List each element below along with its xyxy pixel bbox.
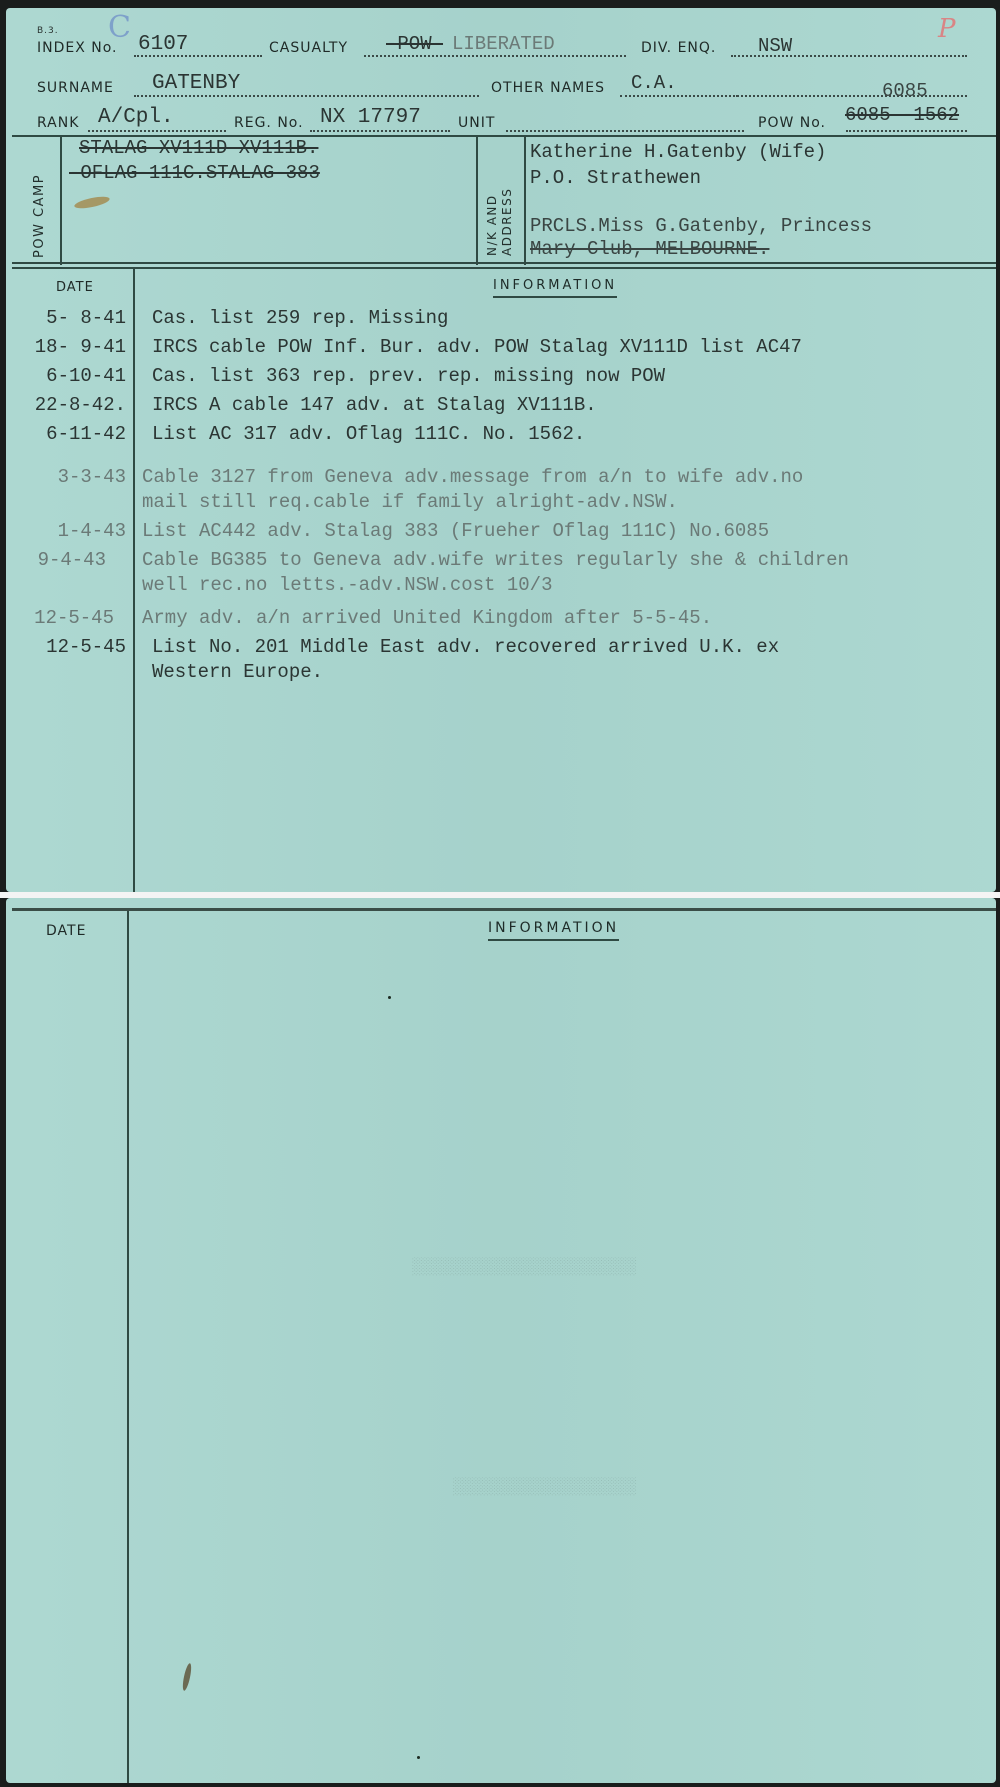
rank-value: A/Cpl. bbox=[98, 106, 174, 129]
entry-date: 12-5-45 bbox=[0, 606, 114, 631]
entry-text: List AC 317 adv. Oflag 111C. No. 1562. bbox=[152, 422, 585, 447]
entry-text: List No. 201 Middle East adv. recovered … bbox=[152, 635, 779, 685]
entry-date: 1-4-43 bbox=[6, 519, 126, 544]
entry-line: IRCS cable POW Inf. Bur. adv. POW Stalag… bbox=[152, 335, 802, 360]
nk-address-line: Katherine H.Gatenby (Wife) bbox=[530, 139, 872, 165]
entry-text: Cas. list 259 rep. Missing bbox=[152, 306, 448, 331]
form-code: B.3. bbox=[37, 26, 59, 36]
casualty-value: LIBERATED bbox=[452, 33, 555, 55]
index-label: INDEX No. bbox=[37, 40, 118, 56]
rank-label: RANK bbox=[37, 115, 79, 131]
other-names-label: OTHER NAMES bbox=[491, 80, 605, 96]
nk-address-block: Katherine H.Gatenby (Wife) P.O. Strathew… bbox=[530, 139, 872, 259]
entry-line: Army adv. a/n arrived United Kingdom aft… bbox=[142, 606, 712, 631]
pow-camp-line: STALAG XV111D XV111B. bbox=[69, 136, 320, 161]
date-column-divider bbox=[127, 911, 129, 1783]
information-header: INFORMATION bbox=[493, 278, 617, 298]
pow-camp-label: POW CAMP bbox=[32, 158, 47, 258]
surname-value: GATENBY bbox=[152, 72, 240, 95]
reg-no-value: NX 17797 bbox=[320, 106, 421, 129]
entry-line: List No. 201 Middle East adv. recovered … bbox=[152, 635, 779, 660]
nk-address-line: P.O. Strathewen bbox=[530, 165, 872, 191]
pow-camp-line: -OFLAG-111C.STALAG-383 bbox=[69, 161, 320, 186]
nk-address-line: Mary Club, MELBOURNE. bbox=[530, 239, 872, 259]
entry-date: 6-11-42 bbox=[6, 422, 126, 447]
entry-line: List AC442 adv. Stalag 383 (Frueher Ofla… bbox=[142, 519, 769, 544]
record-card-front: C P B.3. INDEX No. 6107 CASUALTY -POW- L… bbox=[6, 8, 996, 892]
entry-line: Cas. list 259 rep. Missing bbox=[152, 306, 448, 331]
ink-mark bbox=[181, 1663, 193, 1692]
handwritten-p-mark: P bbox=[938, 14, 956, 44]
entry-date: 12-5-45 bbox=[6, 635, 126, 660]
pow-camp-list: STALAG XV111D XV111B. -OFLAG-111C.STALAG… bbox=[69, 136, 320, 186]
nk-address-label: N/K AND ADDRESS bbox=[485, 168, 515, 256]
show-through-text: ░░░░░░░░░░░░░░░░░░░░░░ bbox=[136, 1258, 636, 1277]
date-column-divider bbox=[133, 269, 135, 892]
entry-text: IRCS cable POW Inf. Bur. adv. POW Stalag… bbox=[152, 335, 802, 360]
casualty-struck-value: -POW- bbox=[386, 33, 443, 55]
entry-line: Cable 3127 from Geneva adv.message from … bbox=[142, 465, 803, 490]
entry-line: IRCS A cable 147 adv. at Stalag XV111B. bbox=[152, 393, 597, 418]
entry-line: Cas. list 363 rep. prev. rep. missing no… bbox=[152, 364, 665, 389]
div-enq-value: NSW bbox=[758, 35, 792, 57]
entry-text: Cas. list 363 rep. prev. rep. missing no… bbox=[152, 364, 665, 389]
entry-line: Cable BG385 to Geneva adv.wife writes re… bbox=[142, 548, 849, 573]
entry-date: 6-10-41 bbox=[6, 364, 126, 389]
entry-date: 5- 8-41 bbox=[6, 306, 126, 331]
reg-no-label: REG. No. bbox=[234, 115, 304, 131]
entry-line: well rec.no letts.-adv.NSW.cost 10/3 bbox=[142, 573, 849, 598]
casualty-label: CASUALTY bbox=[269, 40, 348, 56]
entry-text: List AC442 adv. Stalag 383 (Frueher Ofla… bbox=[142, 519, 769, 544]
pow-no-current: 6085 bbox=[882, 80, 928, 102]
entry-text: IRCS A cable 147 adv. at Stalag XV111B. bbox=[152, 393, 597, 418]
entry-date: 9-4-43 bbox=[0, 548, 106, 573]
entry-text: Cable BG385 to Geneva adv.wife writes re… bbox=[142, 548, 849, 598]
pow-no-struck: 6085 -1562 bbox=[845, 104, 959, 126]
ink-stain bbox=[73, 194, 110, 210]
nk-address-line: PRCLS.Miss G.Gatenby, Princess bbox=[530, 213, 872, 239]
entry-date: 18- 9-41 bbox=[6, 335, 126, 360]
date-header: DATE bbox=[56, 280, 94, 295]
date-header: DATE bbox=[46, 923, 86, 939]
entry-date: 22-8-42. bbox=[6, 393, 126, 418]
entry-date: 3-3-43 bbox=[6, 465, 126, 490]
entry-text: Army adv. a/n arrived United Kingdom aft… bbox=[142, 606, 712, 631]
entry-text: Cable 3127 from Geneva adv.message from … bbox=[142, 465, 803, 515]
index-value: 6107 bbox=[138, 33, 188, 56]
entry-line: mail still req.cable if family alright-a… bbox=[142, 490, 803, 515]
other-names-value: C.A. bbox=[631, 72, 677, 94]
record-card-back: DATE INFORMATION ░░░░░░░░░░░░░░░░░░░░░░ … bbox=[6, 898, 996, 1783]
show-through-text: ░░░░░░░░░░░░░░░░░░ bbox=[136, 1478, 636, 1497]
entry-line: List AC 317 adv. Oflag 111C. No. 1562. bbox=[152, 422, 585, 447]
div-enq-label: DIV. ENQ. bbox=[641, 40, 716, 56]
unit-label: UNIT bbox=[458, 115, 495, 131]
pow-no-label: POW No. bbox=[758, 115, 826, 131]
surname-label: SURNAME bbox=[37, 80, 114, 96]
information-header: INFORMATION bbox=[488, 920, 619, 941]
entry-line: Western Europe. bbox=[152, 660, 779, 685]
